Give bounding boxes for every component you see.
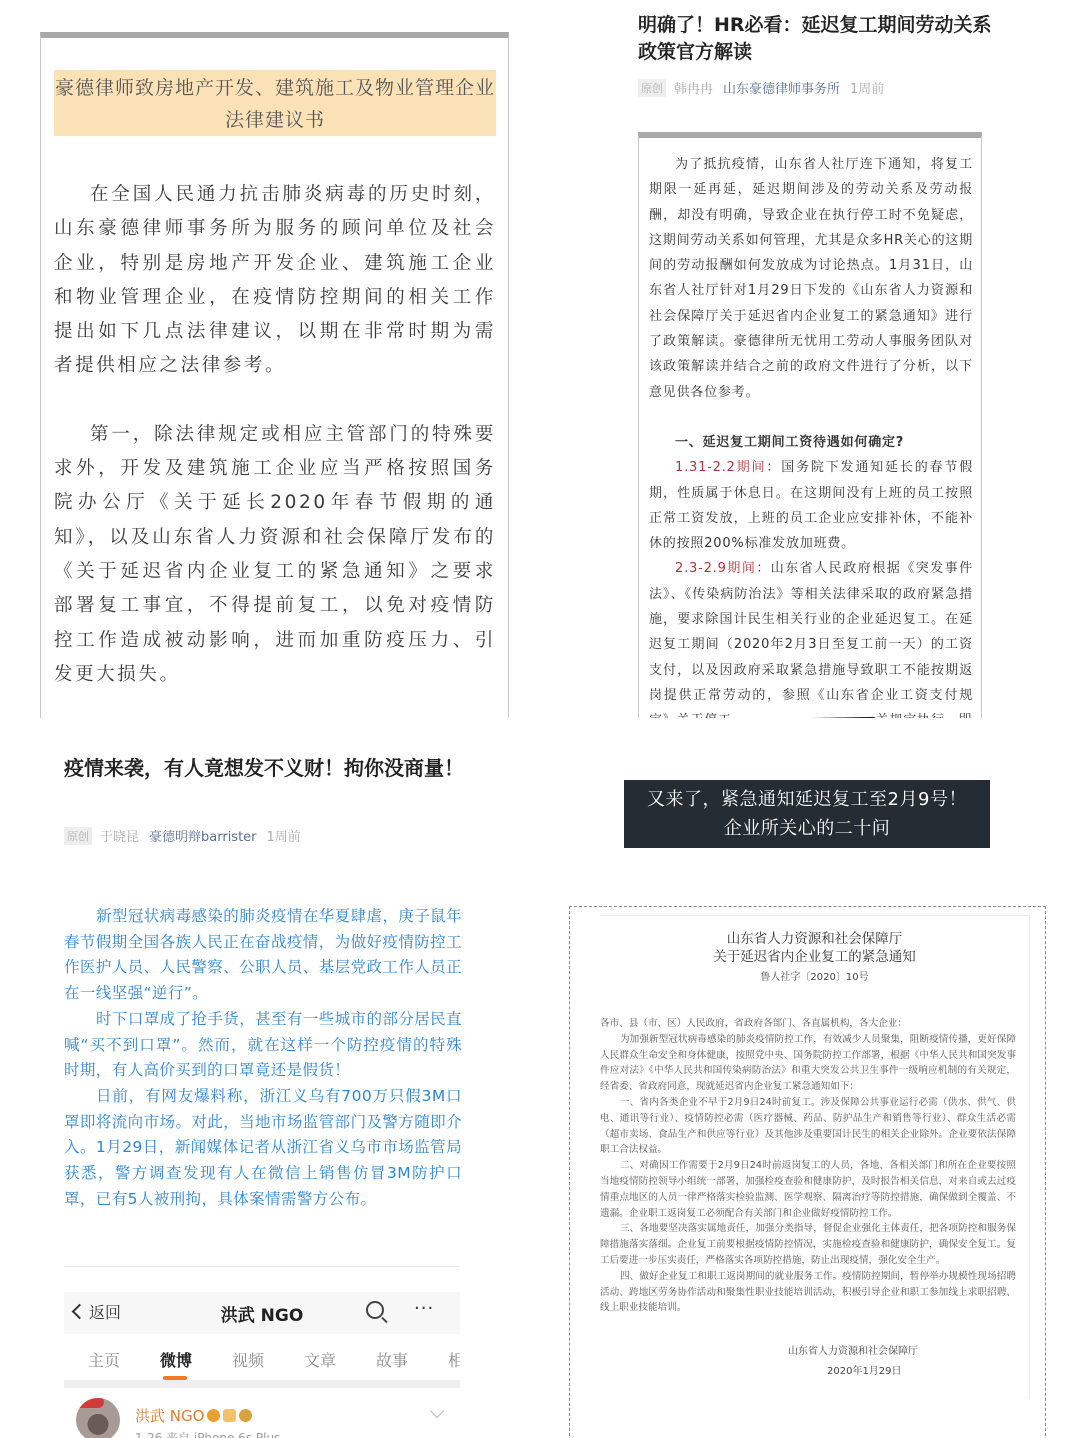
vip-crown-icon (207, 1409, 220, 1422)
notice-document: 山东省人力资源和社会保障厅 关于延迟省内企业复工的紧急通知 鲁人社字〔2020〕… (600, 915, 1030, 1399)
signature-date: 2020年1月29日 (827, 1362, 902, 1377)
article-meta: 原创 于晓昆 豪德明辩barrister 1周前 (64, 826, 301, 845)
signature: 山东省人力资源和社会保障厅 (788, 1342, 918, 1357)
paragraph: 时下口罩成了抢手货，甚至有一些城市的部分居民直喊“买不到口罩”。然而，就在这样一… (64, 1007, 462, 1084)
period2-label: 2.3-2.9期间 (675, 561, 756, 576)
paragraph-first: 第一，除法律规定或相应主管部门的特殊要求外，开发及建筑施工企业应当严格按照国务院… (54, 418, 496, 692)
notice-title: 山东省人力资源和社会保障厅 关于延迟省内企业复工的紧急通知 (600, 930, 1029, 966)
account-link[interactable]: 豪德明辩barrister (149, 826, 257, 845)
original-tag: 原创 (64, 827, 92, 845)
article-screenshot-hr-policy: 为了抵抗疫情，山东省人社厅连下通知，将复工期限一延再延，延迟期间涉及的劳动关系及… (638, 132, 982, 718)
paragraph: 为加强新型冠状病毒感染的肺炎疫情防控工作，有效减少人员聚集，阻断疫情传播，更好保… (600, 1032, 1016, 1095)
publish-time: 1周前 (850, 78, 884, 97)
notice-title-line2: 关于延迟省内企业复工的紧急通知 (600, 948, 1029, 966)
paragraph-intro: 在全国人民通力抗击肺炎病毒的历史时刻，山东豪德律师事务所为服务的顾问单位及社会企… (54, 178, 496, 384)
article-meta: 原创 韩冉冉 山东豪德律师事务所 1周前 (638, 78, 884, 97)
paragraph: 新型冠状病毒感染的肺炎疫情在华夏肆虐，庚子鼠年春节假期全国各族人民正在奋战疫情，… (64, 904, 462, 1007)
article-title-hr-policy[interactable]: 明确了！HR必看：延迟复工期间劳动关系政策官方解读 (638, 12, 998, 66)
username-label: 洪武 NGO (135, 1405, 204, 1426)
article-title-fake-masks[interactable]: 疫情来袭，有人竟想发不义财！拘你没商量！ (64, 754, 464, 783)
weibo-nav-bar: 返回 洪武 NGO ··· (64, 1292, 460, 1334)
chevron-down-icon[interactable] (430, 1404, 444, 1418)
section-heading: 一、延迟复工期间工资待遇如何确定? (649, 430, 973, 455)
doc-code: 鲁人社字〔2020〕10号 (600, 968, 1029, 983)
period1-label: 1.31-2.2期间 (675, 460, 766, 475)
more-icon[interactable]: ··· (414, 1298, 434, 1319)
addressee: 各市、县（市、区）人民政府，省政府各部门、各直属机构，各大企业： (600, 1016, 1016, 1032)
post-username[interactable]: 洪武 NGO (135, 1405, 252, 1426)
banner-line2: 企业所关心的二十问 (624, 814, 990, 843)
tab-home[interactable]: 主页 (88, 1348, 120, 1371)
weibo-profile-screenshot: 返回 洪武 NGO ··· 主页 微博 视频 文章 故事 相 洪武 NGO 1-… (64, 1266, 460, 1438)
dark-title-banner: 又来了，紧急通知延迟复工至2月9号！ 企业所关心的二十问 (624, 780, 990, 848)
article-screenshot-legal-advice: 豪德律师致房地产开发、建筑施工及物业管理企业 法律建议书 在全国人民通力抗击肺炎… (40, 32, 509, 718)
profile-tabs: 主页 微博 视频 文章 故事 相 (64, 1334, 460, 1380)
article-body: 新型冠状病毒感染的肺炎疫情在华夏肆虐，庚子鼠年春节假期全国各族人民正在奋战疫情，… (64, 904, 462, 1212)
period2-text: ：山东省人民政府根据《突发事件法》、《传染病防治法》等相关法律采取的政府紧急措施… (649, 561, 973, 718)
tab-stories[interactable]: 故事 (376, 1348, 408, 1371)
tab-articles[interactable]: 文章 (304, 1348, 336, 1371)
paragraph: 日前，有网友爆料称，浙江义乌有700万只假3M口罩即将流向市场。对此，当地市场监… (64, 1084, 462, 1213)
section-gap (64, 1380, 460, 1388)
paragraph-period2: 2.3-2.9期间：山东省人民政府根据《突发事件法》、《传染病防治法》等相关法律… (649, 556, 973, 718)
tab-weibo[interactable]: 微博 (160, 1348, 192, 1371)
author-name: 韩冉冉 (674, 78, 713, 97)
paragraph-period1: 1.31-2.2期间：国务院下发通知延长的春节假期，性质属于休息日。在这期间没有… (649, 455, 973, 556)
original-tag: 原创 (638, 79, 666, 97)
paragraph: 一、省内各类企业不早于2月9日24时前复工。涉及保障公共事业运行必需（供水、供气… (600, 1095, 1016, 1158)
post-subline: 1-26 来自 iPhone 6s Plus (135, 1429, 280, 1438)
banner-title-line1: 豪德律师致房地产开发、建筑施工及物业管理企业 (54, 72, 496, 104)
author-name: 于晓昆 (100, 826, 139, 845)
redaction-scribble (746, 717, 876, 718)
paragraph: 三、各地要坚决落实属地责任，加强分类指导，督促企业强化主体责任，把各项防控和服务… (600, 1221, 1016, 1268)
tab-albums[interactable]: 相 (448, 1348, 460, 1371)
period2-tail: 关规定执行，即 (876, 713, 973, 718)
paragraph-intro: 为了抵抗疫情，山东省人社厅连下通知，将复工期限一延再延，延迟期间涉及的劳动关系及… (649, 152, 973, 405)
paragraph: 四、做好企业复工和职工返岗期间的就业服务工作。疫情防控期间，暂停举办规模性现场招… (600, 1269, 1016, 1316)
medal-icon (239, 1409, 252, 1422)
article-body: 为了抵抗疫情，山东省人社厅连下通知，将复工期限一延再延，延迟期间涉及的劳动关系及… (649, 152, 973, 718)
publish-time: 1周前 (267, 826, 301, 845)
notice-title-line1: 山东省人力资源和社会保障厅 (600, 930, 1029, 948)
avatar[interactable] (76, 1398, 120, 1438)
article-body: 在全国人民通力抗击肺炎病毒的历史时刻，山东豪德律师事务所为服务的顾问单位及社会企… (54, 178, 496, 718)
account-link[interactable]: 山东豪德律师事务所 (723, 78, 840, 97)
paragraph: 二、对确因工作需要于2月9日24时前返岗复工的人员，各地、各相关部门和所在企业要… (600, 1158, 1016, 1221)
banner-line1: 又来了，紧急通知延迟复工至2月9号！ (624, 785, 990, 814)
official-notice-screenshot: 山东省人力资源和社会保障厅 关于延迟省内企业复工的紧急通知 鲁人社字〔2020〕… (569, 906, 1046, 1438)
tab-video[interactable]: 视频 (232, 1348, 264, 1371)
search-icon[interactable] (366, 1301, 384, 1319)
member-badge-icon (223, 1409, 236, 1422)
divider (64, 1266, 460, 1267)
profile-title: 洪武 NGO (64, 1301, 460, 1326)
banner-title-line2: 法律建议书 (54, 104, 496, 136)
article-banner-title: 豪德律师致房地产开发、建筑施工及物业管理企业 法律建议书 (54, 70, 496, 136)
notice-body: 各市、县（市、区）人民政府，省政府各部门、各直属机构，各大企业： 为加强新型冠状… (600, 1016, 1016, 1316)
